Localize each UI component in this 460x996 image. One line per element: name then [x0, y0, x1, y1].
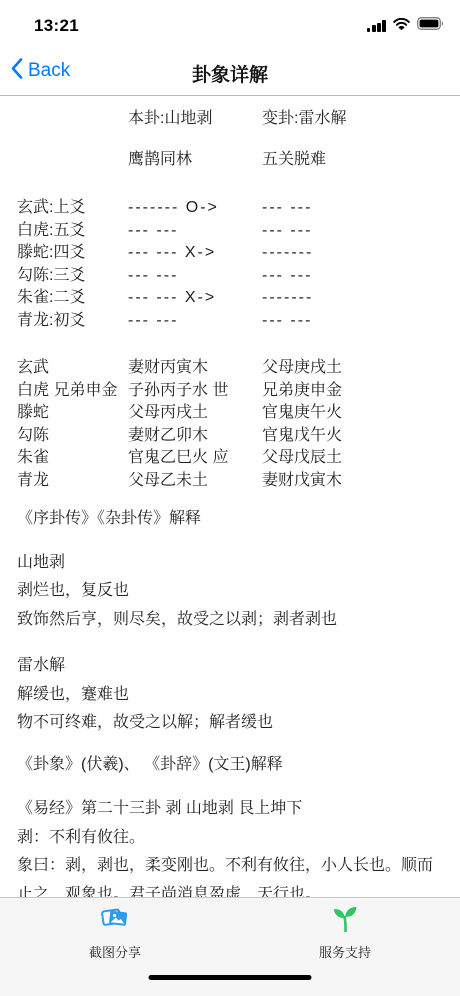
line-ben: ------- O->: [128, 197, 262, 220]
status-icons: [367, 17, 444, 35]
najia-ben: 子孙丙子水 世: [128, 380, 262, 403]
hexagram-motto-row: 鹰鹊同林 五关脱难: [0, 149, 460, 171]
battery-icon: [417, 17, 444, 35]
line-row: 勾陈:三爻 --- --- --- ---: [0, 265, 460, 288]
line-label: 滕蛇:四爻: [17, 242, 128, 265]
najia-row: 滕蛇 父母丙戌土 官鬼庚午火: [0, 402, 460, 425]
najia-ben: 父母丙戌土: [128, 402, 262, 425]
line-ben: --- ---: [128, 310, 262, 333]
line-label: 青龙:初爻: [17, 310, 128, 333]
najia-table: 玄武 妻财丙寅木 父母庚戌土 白虎 兄弟申金 子孙丙子水 世 兄弟庚申金 滕蛇 …: [0, 357, 460, 492]
spirit-label: 滕蛇: [17, 402, 128, 425]
app-screen: 13:21: [0, 0, 460, 996]
najia-bian: 官鬼戊午火: [262, 425, 460, 448]
wifi-icon: [393, 17, 410, 35]
detail-content: 本卦:山地剥 变卦:雷水解 鹰鹊同林 五关脱难 玄武:上爻 ------- O-…: [0, 97, 460, 909]
najia-bian: 父母庚戌土: [262, 357, 460, 380]
sprout-icon: [331, 905, 359, 937]
bian-section-line: 解缓也，蹇难也: [17, 681, 446, 710]
spirit-label: 玄武: [17, 357, 128, 380]
line-row: 白虎:五爻 --- --- --- ---: [0, 220, 460, 243]
najia-bian: 兄弟庚申金: [262, 380, 460, 403]
line-bian: --- ---: [262, 197, 460, 220]
spirit-label: 白虎 兄弟申金: [17, 380, 128, 403]
screenshot-share-label: 截图分享: [89, 942, 141, 961]
explanation-article: 《序卦传》《杂卦传》解释 山地剥 剥烂也，复反也 致饰然后亨，则尽矣，故受之以剥…: [0, 505, 460, 909]
bottom-toolbar: 截图分享 服务支持: [0, 897, 460, 996]
najia-ben: 官鬼乙巳火 应: [128, 447, 262, 470]
service-support-button[interactable]: 服务支持: [230, 898, 460, 996]
najia-bian: 父母戊辰土: [262, 447, 460, 470]
ben-gua-label: 本卦:山地剥: [128, 108, 262, 130]
line-ben: --- ---: [128, 220, 262, 243]
bian-section-title: 雷水解: [17, 652, 446, 681]
hexagram-lines-table: 玄武:上爻 ------- O-> --- --- 白虎:五爻 --- --- …: [0, 197, 460, 332]
ben-section-title: 山地剥: [17, 549, 446, 578]
najia-row: 青龙 父母乙未土 妻财戊寅木: [0, 470, 460, 493]
line-bian: --- ---: [262, 220, 460, 243]
najia-row: 勾陈 妻财乙卯木 官鬼戊午火: [0, 425, 460, 448]
line-bian: --- ---: [262, 265, 460, 288]
spirit-label: 朱雀: [17, 447, 128, 470]
status-bar: 13:21: [0, 0, 460, 48]
ben-section-line: 剥烂也，复反也: [17, 577, 446, 606]
nav-bar: Back 卦象详解: [0, 48, 460, 96]
najia-bian: 官鬼庚午火: [262, 402, 460, 425]
line-label: 勾陈:三爻: [17, 265, 128, 288]
line-label: 朱雀:二爻: [17, 287, 128, 310]
line-bian: -------: [262, 242, 460, 265]
cellular-signal-icon: [367, 20, 386, 32]
service-support-label: 服务支持: [319, 942, 371, 961]
yijing-line: 《易经》第二十三卦 剥 山地剥 艮上坤下: [17, 795, 446, 824]
line-bian: --- ---: [262, 310, 460, 333]
line-bian: -------: [262, 287, 460, 310]
line-label: 白虎:五爻: [17, 220, 128, 243]
line-ben: --- ---: [128, 265, 262, 288]
line-label: 玄武:上爻: [17, 197, 128, 220]
line-row: 滕蛇:四爻 --- --- X-> -------: [0, 242, 460, 265]
page-title: 卦象详解: [0, 60, 460, 87]
line-row: 青龙:初爻 --- --- --- ---: [0, 310, 460, 333]
guaci-heading: 《卦象》(伏羲)、 《卦辞》(文王)解释: [17, 751, 446, 780]
bian-section-line: 物不可终难，故受之以解；解者缓也: [17, 709, 446, 738]
line-ben: --- --- X->: [128, 287, 262, 310]
line-row: 玄武:上爻 ------- O-> --- ---: [0, 197, 460, 220]
najia-row: 朱雀 官鬼乙巳火 应 父母戊辰土: [0, 447, 460, 470]
spirit-label: 青龙: [17, 470, 128, 493]
hexagram-name-row: 本卦:山地剥 变卦:雷水解: [0, 108, 460, 130]
najia-bian: 妻财戊寅木: [262, 470, 460, 493]
line-ben: --- --- X->: [128, 242, 262, 265]
ben-section-line: 致饰然后亨，则尽矣，故受之以剥；剥者剥也: [17, 606, 446, 635]
spirit-label: 勾陈: [17, 425, 128, 448]
najia-ben: 妻财乙卯木: [128, 425, 262, 448]
xugua-heading: 《序卦传》《杂卦传》解释: [17, 505, 446, 534]
yijing-line: 剥：不利有攸往。: [17, 824, 446, 853]
najia-ben: 父母乙未土: [128, 470, 262, 493]
bian-gua-label: 变卦:雷水解: [262, 108, 460, 130]
photos-icon: [101, 905, 129, 937]
line-row: 朱雀:二爻 --- --- X-> -------: [0, 287, 460, 310]
najia-ben: 妻财丙寅木: [128, 357, 262, 380]
screenshot-share-button[interactable]: 截图分享: [0, 898, 230, 996]
najia-row: 白虎 兄弟申金 子孙丙子水 世 兄弟庚申金: [0, 380, 460, 403]
bian-gua-motto: 五关脱难: [262, 149, 460, 171]
ben-gua-motto: 鹰鹊同林: [128, 149, 262, 171]
home-indicator[interactable]: [149, 975, 312, 980]
najia-row: 玄武 妻财丙寅木 父母庚戌土: [0, 357, 460, 380]
status-time: 13:21: [34, 16, 79, 36]
